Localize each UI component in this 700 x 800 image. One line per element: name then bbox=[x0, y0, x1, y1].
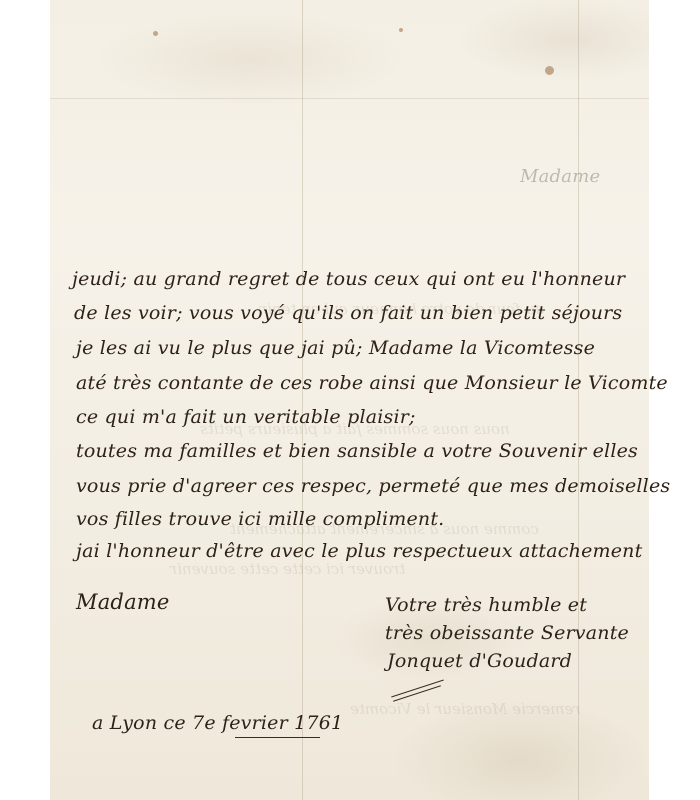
body-line-4: até très contante de ces robe ainsi que … bbox=[76, 372, 668, 394]
body-line-5: ce qui m'a fait un veritable plaisir; bbox=[76, 406, 416, 428]
foxing-spot bbox=[153, 31, 158, 36]
body-line-9: jai l'honneur d'être avec le plus respec… bbox=[76, 540, 642, 562]
bleed-through-text: remercie Monsieur le Vicomte bbox=[350, 700, 581, 718]
closing-line-1: Votre très humble et bbox=[385, 594, 587, 616]
faint-top-heading: Madame bbox=[520, 166, 600, 187]
body-line-1: jeudi; au grand regret de tous ceux qui … bbox=[72, 268, 625, 290]
date-underline bbox=[235, 737, 320, 738]
horizontal-fold-line bbox=[50, 98, 649, 99]
foxing-spot bbox=[399, 28, 403, 32]
body-line-8: vos filles trouve ici mille compliment. bbox=[76, 508, 444, 530]
body-line-6: toutes ma familles et bien sansible a vo… bbox=[76, 440, 638, 462]
letter-paper: au feur de votre honneur qui en tenir no… bbox=[50, 0, 649, 800]
body-line-2: de les voir; vous voyé qu'ils on fait un… bbox=[74, 302, 622, 324]
foxing-spot bbox=[545, 66, 554, 75]
body-line-7: vous prie d'agreer ces respec, permeté q… bbox=[76, 475, 670, 497]
body-line-3: je les ai vu le plus que jai pû; Madame … bbox=[76, 337, 595, 359]
signature: Jonquet d'Goudard bbox=[387, 650, 572, 672]
closing-line-2: très obeissante Servante bbox=[385, 622, 629, 644]
dateline: a Lyon ce 7e fevrier 1761 bbox=[92, 712, 343, 734]
salutation: Madame bbox=[76, 590, 170, 614]
bleed-through-text: trouver ici cette cette souvenir bbox=[170, 560, 405, 578]
vertical-fold-line bbox=[302, 0, 303, 800]
vertical-fold-line-right bbox=[578, 0, 579, 800]
